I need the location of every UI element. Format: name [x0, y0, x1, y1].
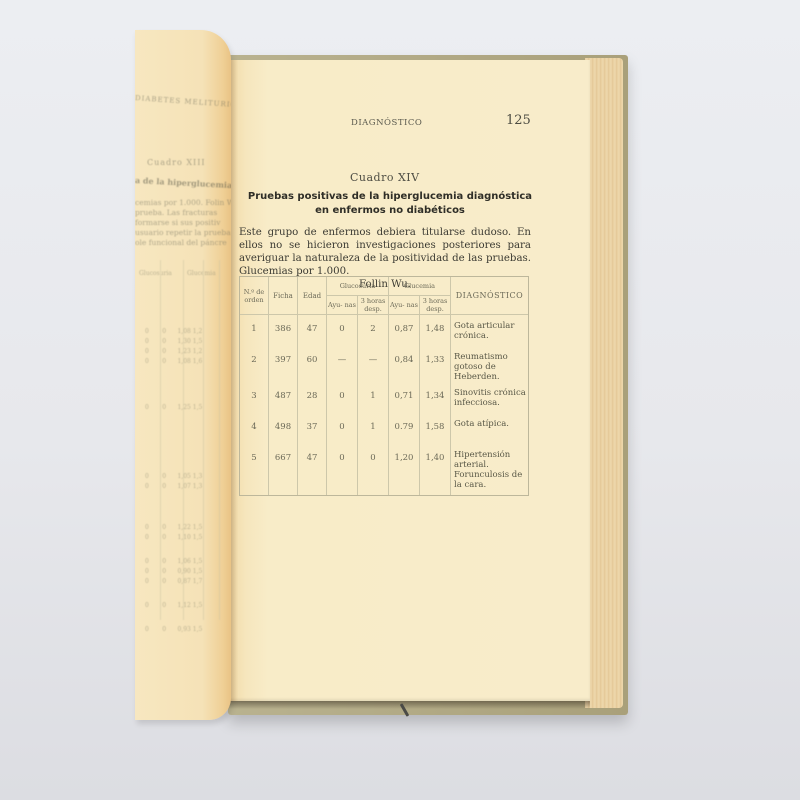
table-title: Pruebas positivas de la hiperglucemia di…	[240, 190, 540, 218]
left-header-glucosuria: Glucosuria	[139, 270, 172, 277]
header-glucosuria-ayunas: Ayu- nas	[327, 296, 358, 315]
left-table-row: 0 0 1,08 1,6	[145, 358, 202, 365]
left-table-row: 0 0 1,06 1,5	[145, 558, 202, 565]
cuadro-xiv-table: N.º de orden Ficha Edad Glucosuria Gluce…	[239, 276, 529, 496]
book-photo: DIABETES MELITURICA Cuadro XIII a de la …	[0, 0, 800, 800]
left-table-row: 0 0 1,07 1,3	[145, 483, 202, 490]
page-block-edges	[585, 58, 623, 708]
table-rule	[183, 260, 184, 620]
left-table-row: 0 0 1,23 1,2	[145, 348, 202, 355]
table-rule	[203, 260, 204, 620]
header-edad: Edad	[298, 277, 327, 315]
left-table-row: 0 0 0,87 1,7	[145, 578, 202, 585]
header-diagnostico: DIAGNÓSTICO	[451, 277, 529, 315]
left-table-row: 0 0 1,10 1,5	[145, 534, 202, 541]
left-page-content: DIABETES MELITURICA Cuadro XIII a de la …	[135, 30, 231, 720]
header-glucosuria: Glucosuria	[327, 277, 389, 296]
left-table-row: 0 0 1,05 1,3	[145, 473, 202, 480]
left-table-row: 0 0 0,90 1,5	[145, 568, 202, 575]
header-glucosuria-3h: 3 horas desp.	[358, 296, 389, 315]
table-row: 5 667 47 0 0 1,20 1,40 Hipertensión arte…	[240, 444, 529, 496]
table-row: 4 498 37 0 1 0.79 1,58 Gota atípica.	[240, 413, 529, 444]
table-row: 1 386 47 0 2 0,87 1,48 Gota articular cr…	[240, 315, 529, 347]
left-table-row: 0 0 1,30 1,5	[145, 338, 202, 345]
left-page: DIABETES MELITURICA Cuadro XIII a de la …	[135, 30, 231, 720]
left-header-glucemia: Glucemia	[187, 270, 216, 277]
header-glucemia-3h: 3 horas desp.	[420, 296, 451, 315]
table-rule	[160, 260, 161, 620]
left-table-row: 0 0 0,93 1,5	[145, 626, 202, 633]
header-ficha: Ficha	[269, 277, 298, 315]
header-glucemia: Glucemia	[389, 277, 451, 296]
table-row: 2 397 60 — — 0,84 1,33 Reumatismo gotoso…	[240, 346, 529, 382]
left-table-row: 0 0 1,22 1,5	[145, 524, 202, 531]
left-cuadro-label: Cuadro XIII	[147, 158, 206, 167]
left-table-row: 0 0 1,12 1,5	[145, 602, 202, 609]
page-shadow	[228, 701, 590, 709]
left-table-title: a de la hiperglucemia di	[135, 175, 231, 191]
header-orden: N.º de orden	[240, 277, 269, 315]
table-rule	[219, 260, 220, 620]
running-head: DIAGNÓSTICO	[351, 118, 422, 128]
table-row: 3 487 28 0 1 0,71 1,34 Sinovitis crónica…	[240, 382, 529, 413]
left-table-row: 0 0 1,25 1,5	[145, 404, 202, 411]
cuadro-label: Cuadro XIV	[350, 171, 420, 184]
page-number: 125	[506, 113, 531, 128]
left-table-row: 0 0 1,08 1,2	[145, 328, 202, 335]
header-glucemia-ayunas: Ayu- nas	[389, 296, 420, 315]
left-intro-text: cemias por 1.000. Folin W prueba. Las fr…	[135, 198, 231, 248]
left-running-head: DIABETES MELITURICA	[135, 94, 231, 110]
